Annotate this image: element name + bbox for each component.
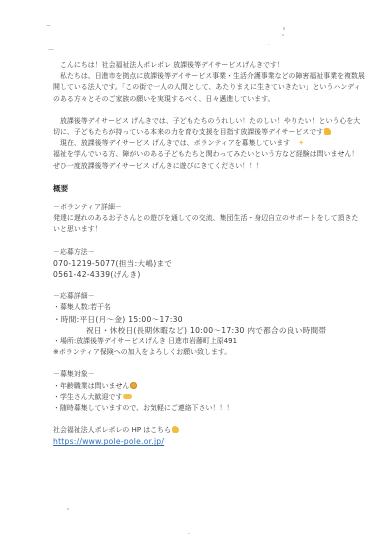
homepage-label: 社会福祉法人ポレポレの HP はこちら [53,425,365,436]
sparkles-icon: ✦ [291,138,304,149]
pointing-hand-icon [172,426,179,433]
target-item-anytime: ・随時募集していますので、お気軽にご連絡下さい！！！ [53,403,365,414]
volunteer-details-title: －ボランティア詳細－ [53,202,365,213]
contact-phone-secondary[interactable]: 0561-42-4339(げんき) [53,269,365,280]
recruit-count: ・募集人数:若干名 [53,302,365,313]
recruit-text: 現在、放課後等デイサービス げんきでは、ボランティアを募集しています [60,139,290,147]
target-title: －募集対象－ [53,369,365,380]
recruit-invitation: 福祉を学んでいる方、障がいのある子どもたちと関わってみたいという方など経験は問い… [53,149,365,171]
target-item-age-text: ・年齢職業は問いません [53,382,129,390]
homepage-label-text: 社会福祉法人ポレポレの HP はこちら [53,426,171,434]
target-item-age: ・年齢職業は問いません [53,381,365,392]
recruit-announcement: 現在、放課後等デイサービス げんきでは、ボランティアを募集しています✦ [53,138,365,149]
location: ・場所:放課後等デイサービスげんき 日進市岩藤町上原491 [53,336,365,347]
contact-phone-primary[interactable]: 070-1219-5077(担当:大嶋)まで [53,258,365,269]
scan-speck [46,25,51,26]
intro-description: 私たちは、日進市を拠点に放課後等デイサービス事業・生活介護事業などの障害福祉事業… [53,71,365,105]
hours-holiday: 祝日・休校日(長期休暇など) 10:00～17:30 内で都合の良い時間帯 [53,325,365,336]
scan-speck [268,44,269,45]
smiling-face-icon [130,382,137,389]
mission-paragraph: 放課後等デイサービス げんきでは、子どもたちのうれしい！たのしい！やりたい！とい… [53,116,365,138]
scan-speck [282,34,284,36]
scan-speck [48,49,54,50]
scan-speck [67,508,69,510]
target-item-students: ・学生さん大歓迎です [53,392,365,403]
insurance-note: ※ボランティア保険への加入をよろしくお願い致します。 [53,347,365,358]
scan-speck [283,27,285,30]
target-item-students-text: ・学生さん大歓迎です [53,393,122,401]
scanned-page: こんにちは！社会福祉法人ポレポレ 放課後等デイサービスげんきです！ 私たちは、日… [0,0,390,556]
application-method-title: －応募方法－ [53,247,365,258]
mission-text: 放課後等デイサービス げんきでは、子どもたちのうれしい！たのしい！やりたい！とい… [53,117,360,136]
thumbs-up-icon [324,128,331,135]
scan-speck [188,533,190,534]
document-body: こんにちは！社会福祉法人ポレポレ 放課後等デイサービスげんきです！ 私たちは、日… [53,60,365,449]
homepage-link[interactable]: https://www.pole-pole.or.jp/ [53,437,164,446]
overview-heading: 概要 [53,183,365,194]
volunteer-details-text: 発達に遅れのあるお子さんとの遊びを通しての交流、集団生活・身辺自立のサポートをし… [53,213,365,235]
clapping-hands-icon [123,394,132,399]
hours-weekday: ・時間:平日(月～金) 15:00～17:30 [53,314,365,325]
application-details-title: －応募詳細－ [53,291,365,302]
intro-greeting: こんにちは！社会福祉法人ポレポレ 放課後等デイサービスげんきです！ [53,60,365,71]
